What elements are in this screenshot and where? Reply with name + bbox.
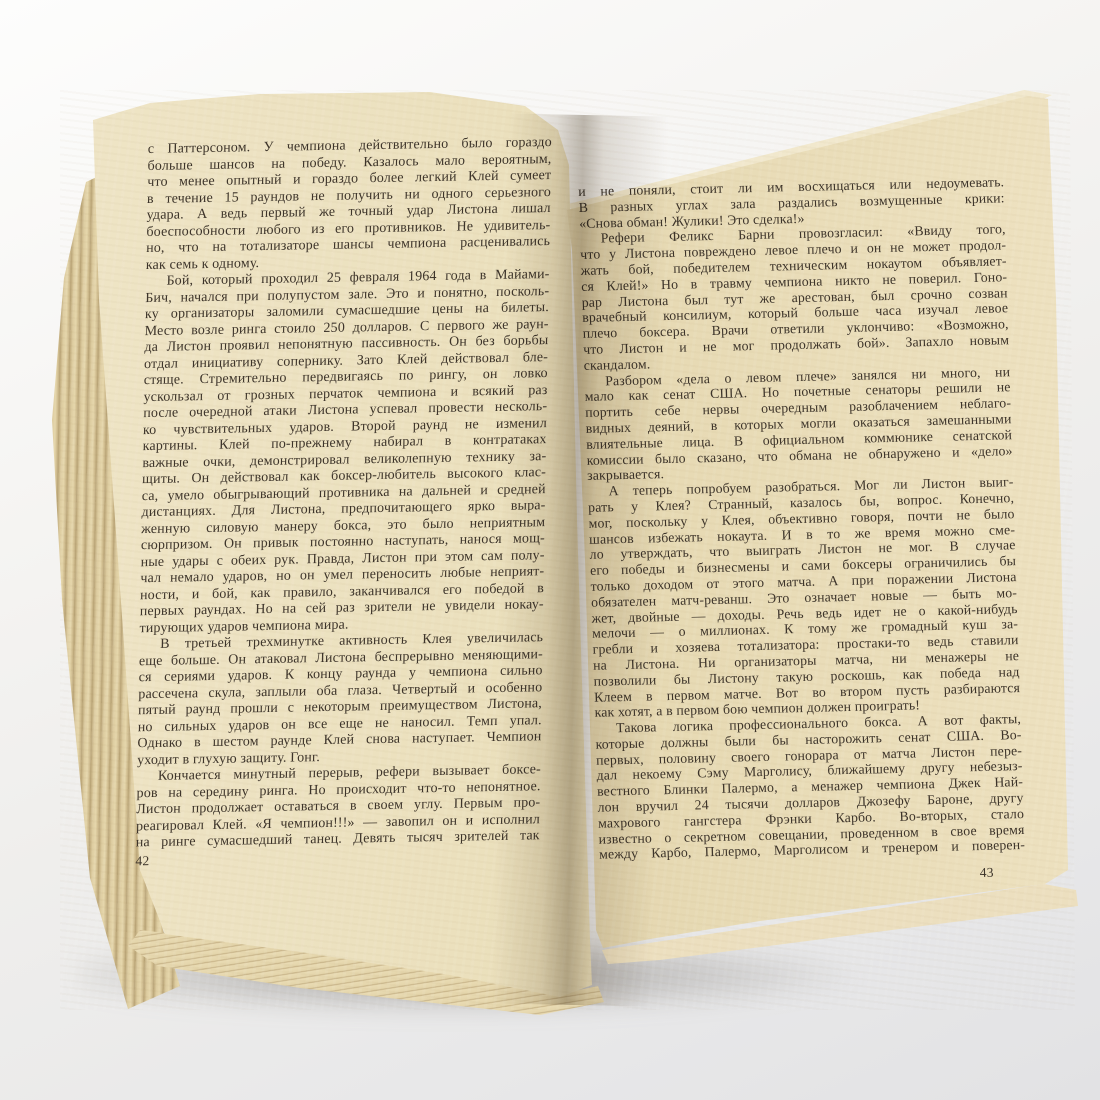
photo-background: с Паттерсоном. У чемпиона действительно … — [0, 0, 1100, 1100]
left-page-text: с Паттерсоном. У чемпиона действительно … — [135, 135, 552, 869]
left-page-lines: с Паттерсоном. У чемпиона действительно … — [136, 135, 552, 852]
spine-gutter-shadow — [491, 114, 668, 1007]
